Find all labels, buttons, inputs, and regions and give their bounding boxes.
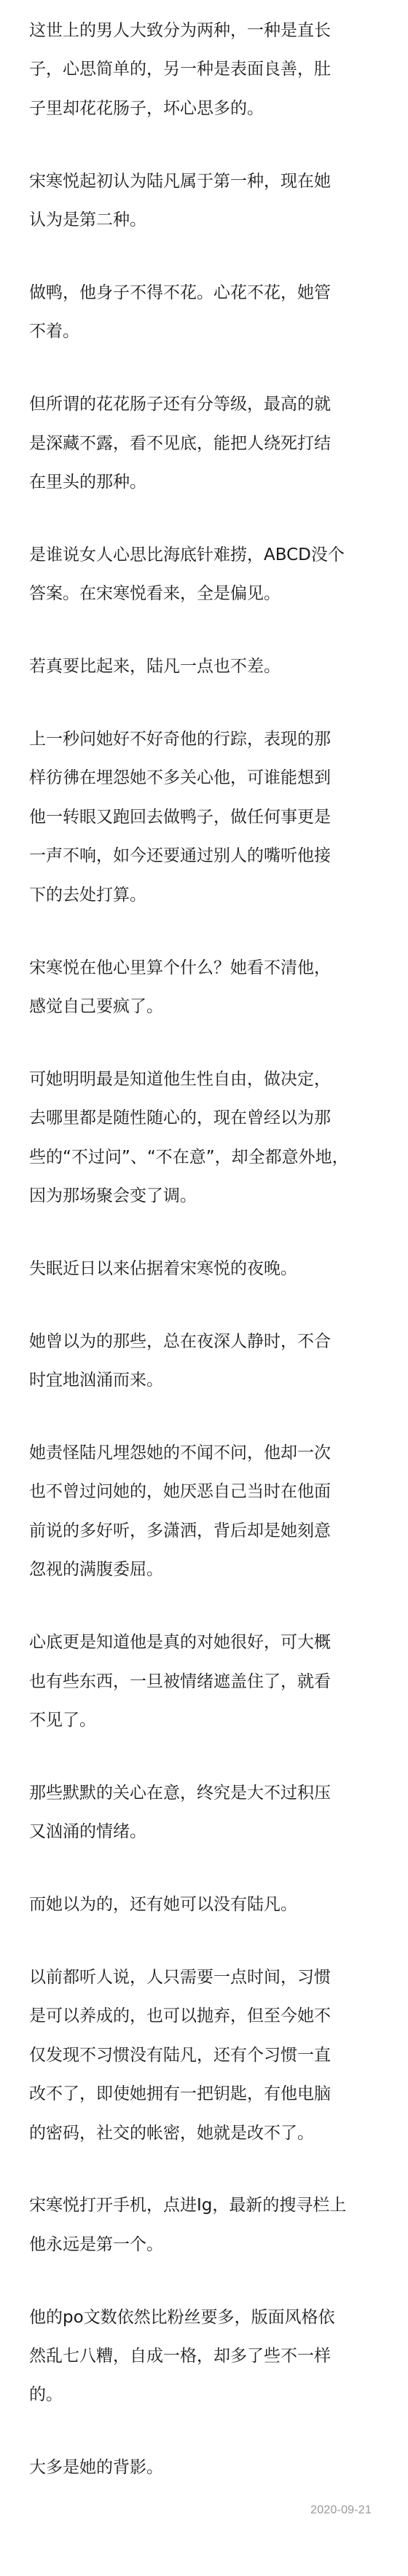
paragraph-line: 也不曾过问她的，她厌恶自己当时在他面	[29, 1473, 379, 1511]
paragraph-line: 这世上的男人大致分为两种，一种是直长	[29, 12, 379, 50]
paragraph-line: 上一秒问她好不好奇他的行踪，表现的那	[29, 720, 379, 759]
paragraph-line: 仅发现不习惯没有陆凡，还有个习惯一直	[29, 2036, 379, 2075]
paragraph-line: 在里头的那种。	[29, 463, 379, 502]
paragraph: 但所谓的花花肠子还有分等级，最高的就是深藏不露，看不见底，能把人绕死打结在里头的…	[29, 385, 379, 502]
paragraph-line: 那些默默的关心在意，终究是大不过积压	[29, 1774, 379, 1813]
paragraph-line: 子里却花花肠子，坏心思多的。	[29, 90, 379, 128]
paragraph-line: 宋寒悦打开手机，点进Ig，最新的搜寻栏上	[29, 2186, 379, 2225]
paragraph-line: 她曾以为的那些，总在夜深人静时，不合	[29, 1323, 379, 1361]
paragraph: 心底更是知道他是真的对她很好，可大概也有些东西，一旦被情绪遮盖住了，就看不见了。	[29, 1623, 379, 1740]
paragraph-line: 不见了。	[29, 1701, 379, 1740]
paragraph: 他的po文数依然比粉丝要多，版面风格依然乱七八糟，自成一格，却多了些不一样的。	[29, 2299, 379, 2415]
paragraph-line: 宋寒悦起初认为陆凡属于第一种，现在她	[29, 162, 379, 201]
paragraph-line: 样彷彿在埋怨她不多关心他，可谁能想到	[29, 759, 379, 797]
paragraph-line: 是深藏不露，看不见底，能把人绕死打结	[29, 425, 379, 463]
paragraph: 而她以为的，还有她可以没有陆凡。	[29, 1886, 379, 1924]
paragraph-line: 他的po文数依然比粉丝要多，版面风格依	[29, 2299, 379, 2337]
paragraph-line: 但所谓的花花肠子还有分等级，最高的就	[29, 385, 379, 424]
paragraph-line: 答案。在宋寒悦看来，全是偏见。	[29, 575, 379, 613]
paragraph-line: 是可以养成的，也可以抛弃，但至今她不	[29, 1997, 379, 2036]
paragraph: 大多是她的背影。	[29, 2449, 379, 2487]
paragraph-line: 失眠近日以来佔据着宋寒悦的夜晚。	[29, 1250, 379, 1288]
paragraph-line: 子，心思简单的，另一种是表面良善，肚	[29, 50, 379, 89]
paragraph: 可她明明最是知道他生性自由，做决定，去哪里都是随性随心的，现在曾经以为那些的“不…	[29, 1060, 379, 1216]
post-date: 2020-09-21	[310, 2504, 372, 2517]
paragraph-line: 她责怪陆凡埋怨她的不闻不问，他却一次	[29, 1434, 379, 1473]
paragraph: 失眠近日以来佔据着宋寒悦的夜晚。	[29, 1250, 379, 1288]
article-body: 这世上的男人大致分为两种，一种是直长子，心思简单的，另一种是表面良善，肚子里却花…	[29, 12, 379, 2521]
paragraph-line: 他一转眼又跑回去做鸭子，做任何事更是	[29, 798, 379, 837]
paragraph: 她责怪陆凡埋怨她的不闻不问，他却一次也不曾过问她的，她厌恶自己当时在他面前说的多…	[29, 1434, 379, 1590]
paragraph: 是谁说女人心思比海底针难捞，ABCD没个答案。在宋寒悦看来，全是偏见。	[29, 536, 379, 614]
paragraph-line: 是谁说女人心思比海底针难捞，ABCD没个	[29, 536, 379, 575]
paragraph-line: 认为是第二种。	[29, 201, 379, 240]
paragraph: 她曾以为的那些，总在夜深人静时，不合时宜地汹涌而来。	[29, 1323, 379, 1401]
paragraph-line: 然乱七八糟，自成一格，却多了些不一样	[29, 2337, 379, 2376]
paragraph: 那些默默的关心在意，终究是大不过积压又汹涌的情绪。	[29, 1774, 379, 1852]
paragraph: 这世上的男人大致分为两种，一种是直长子，心思简单的，另一种是表面良善，肚子里却花…	[29, 12, 379, 128]
paragraph: 做鸭，他身子不得不花。心花不花，她管不着。	[29, 274, 379, 352]
paragraph-line: 大多是她的背影。	[29, 2449, 379, 2487]
paragraph-line: 忽视的满腹委屈。	[29, 1551, 379, 1589]
paragraph: 宋寒悦在他心里算个什么？她看不清他，感觉自己要疯了。	[29, 949, 379, 1027]
paragraph-line: 不着。	[29, 312, 379, 351]
paragraph: 宋寒悦起初认为陆凡属于第一种，现在她认为是第二种。	[29, 162, 379, 240]
paragraph: 宋寒悦打开手机，点进Ig，最新的搜寻栏上他永远是第一个。	[29, 2186, 379, 2264]
paragraph: 若真要比起来，陆凡一点也不差。	[29, 647, 379, 686]
paragraph-line: 因为那场聚会变了调。	[29, 1177, 379, 1216]
paragraph-line: 下的去处打算。	[29, 876, 379, 915]
paragraph-line: 做鸭，他身子不得不花。心花不花，她管	[29, 274, 379, 312]
paragraph-line: 改不了，即使她拥有一把钥匙，有他电脑	[29, 2075, 379, 2114]
paragraph-line: 也有些东西，一旦被情绪遮盖住了，就看	[29, 1663, 379, 1701]
paragraph-line: 宋寒悦在他心里算个什么？她看不清他，	[29, 949, 379, 988]
paragraph-line: 而她以为的，还有她可以没有陆凡。	[29, 1886, 379, 1924]
paragraph: 以前都听人说，人只需要一点时间，习惯是可以养成的，也可以抛弃，但至今她不仅发现不…	[29, 1958, 379, 2153]
paragraph-line: 感觉自己要疯了。	[29, 988, 379, 1026]
paragraph-line: 些的“不过问”、“不在意”，却全都意外地，	[29, 1138, 379, 1177]
paragraph-line: 又汹涌的情绪。	[29, 1813, 379, 1851]
paragraph-line: 前说的多好听，多潇洒，背后却是她刻意	[29, 1512, 379, 1551]
paragraph-line: 心底更是知道他是真的对她很好，可大概	[29, 1623, 379, 1662]
paragraph-line: 一声不响，如今还要通过别人的嘴听他接	[29, 837, 379, 875]
paragraph-line: 可她明明最是知道他生性自由，做决定，	[29, 1060, 379, 1099]
paragraph: 上一秒问她好不好奇他的行踪，表现的那样彷彿在埋怨她不多关心他，可谁能想到他一转眼…	[29, 720, 379, 915]
paragraph-line: 去哪里都是随性随心的，现在曾经以为那	[29, 1099, 379, 1138]
paragraph-line: 他永远是第一个。	[29, 2226, 379, 2264]
paragraph-line: 以前都听人说，人只需要一点时间，习惯	[29, 1958, 379, 1997]
paragraph-line: 的。	[29, 2376, 379, 2414]
paragraph-line: 的密码，社交的帐密，她就是改不了。	[29, 2114, 379, 2153]
paragraph-line: 若真要比起来，陆凡一点也不差。	[29, 647, 379, 686]
paragraph-line: 时宜地汹涌而来。	[29, 1361, 379, 1400]
